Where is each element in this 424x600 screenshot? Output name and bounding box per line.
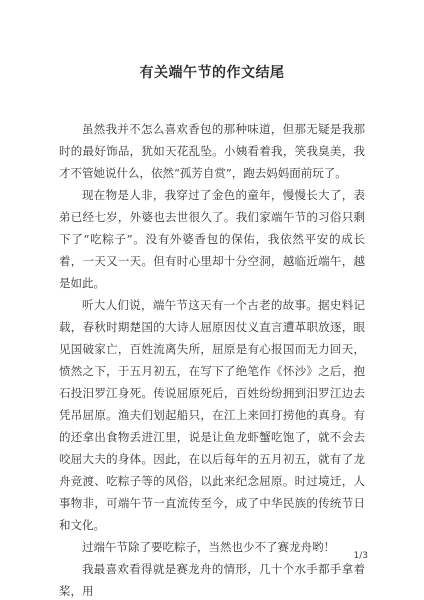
essay-paragraph: 过端午节除了要吃粽子，当然也少不了赛龙舟哟！ <box>59 536 365 558</box>
essay-paragraph: 虽然我并不怎么喜欢香包的那种味道，但那无疑是我那时的最好饰品，犹如天花乱坠。小姨… <box>59 118 365 184</box>
document-page: 有关端午节的作文结尾 虽然我并不怎么喜欢香包的那种味道，但那无疑是我那时的最好饰… <box>0 0 424 600</box>
essay-paragraph: 现在物是人非，我穿过了金色的童年，慢慢长大了，表弟已经七岁，外婆也去世很久了。我… <box>59 184 365 294</box>
page-title: 有关端午节的作文结尾 <box>0 62 424 82</box>
essay-paragraph: 听大人们说，端午节这天有一个古老的故事。据史料记载，春秋时期楚国的大诗人屈原因仗… <box>59 294 365 536</box>
essay-paragraph: 我最喜欢看得就是赛龙舟的情形，几十个水手都手拿着桨，用 <box>59 558 365 600</box>
essay-body: 虽然我并不怎么喜欢香包的那种味道，但那无疑是我那时的最好饰品，犹如天花乱坠。小姨… <box>59 118 365 600</box>
page-number: 1/3 <box>354 551 368 561</box>
